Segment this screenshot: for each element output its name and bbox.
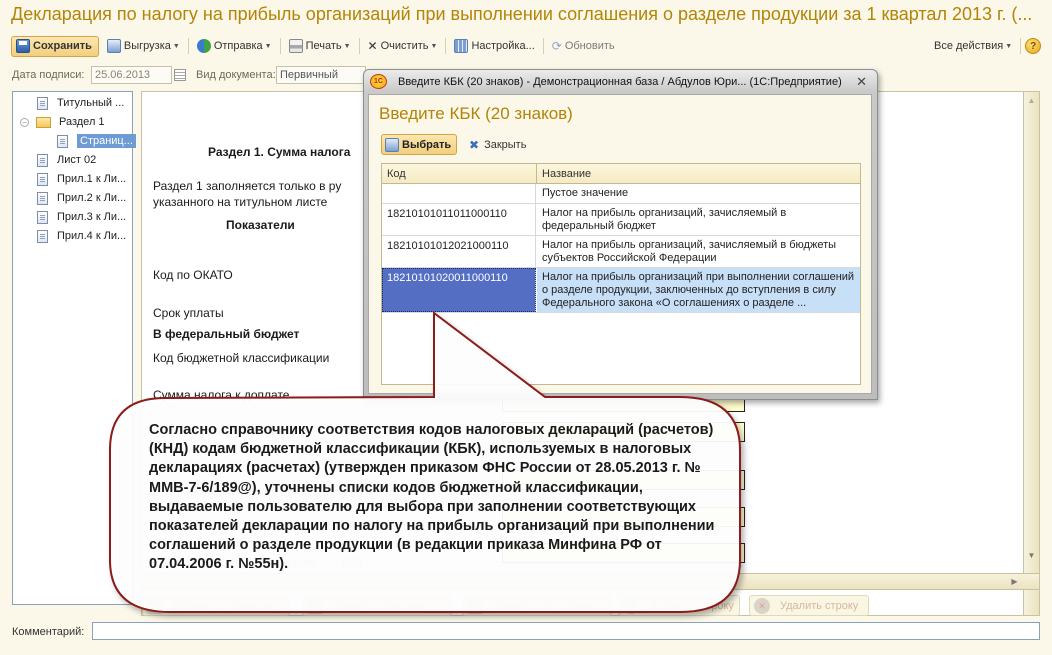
callout-text: Согласно справочнику соответствия кодов … xyxy=(149,421,729,575)
